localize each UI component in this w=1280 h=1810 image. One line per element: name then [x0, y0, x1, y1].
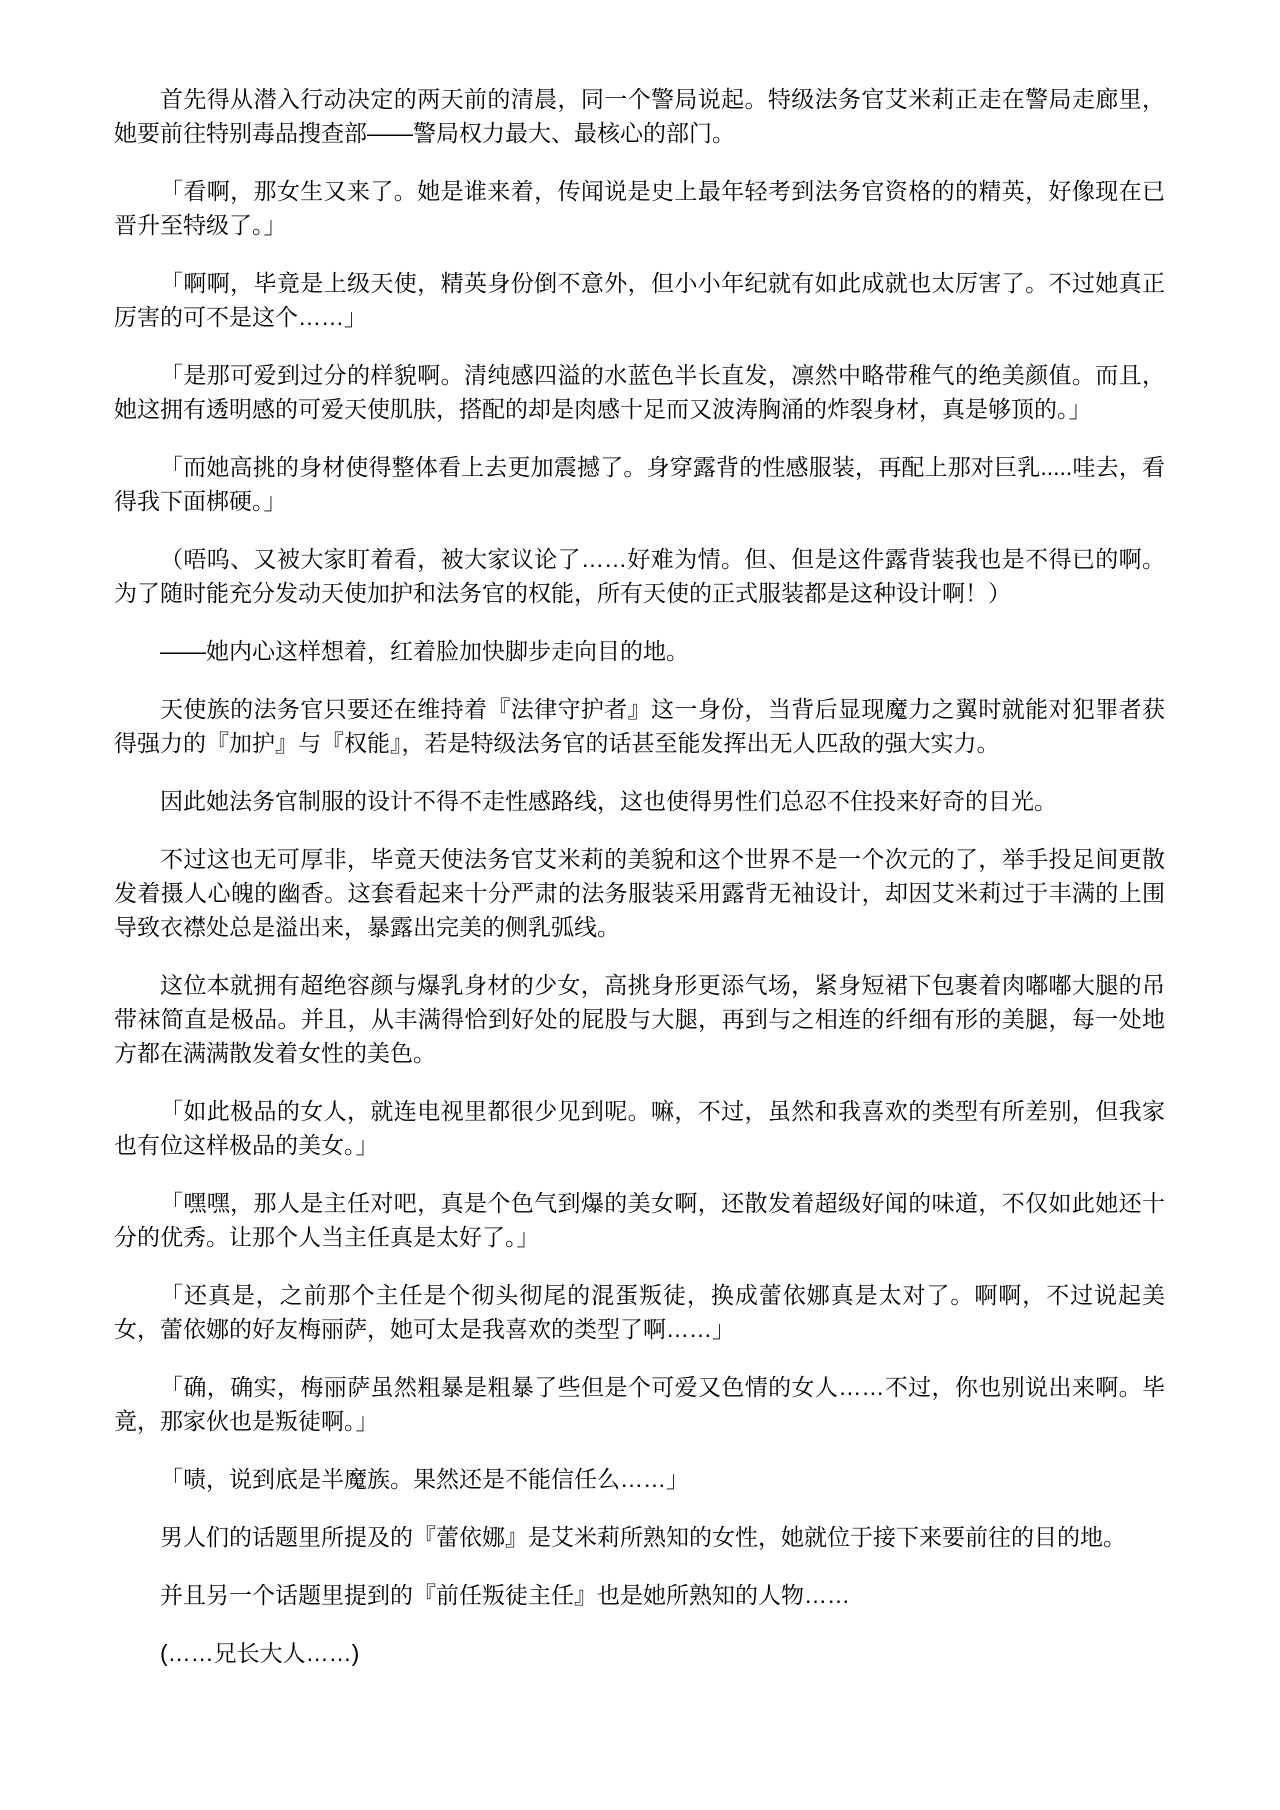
paragraph: 「如此极品的女人，就连电视里都很少见到呢。嘛，不过，虽然和我喜欢的类型有所差别，…	[114, 1094, 1165, 1162]
paragraph: 「确，确实，梅丽萨虽然粗暴是粗暴了些但是个可爱又色情的女人……不过，你也别说出来…	[114, 1370, 1165, 1438]
document-page: 首先得从潜入行动决定的两天前的清晨，同一个警局说起。特级法务官艾米莉正走在警局走…	[0, 0, 1280, 1810]
paragraph: 首先得从潜入行动决定的两天前的清晨，同一个警局说起。特级法务官艾米莉正走在警局走…	[114, 82, 1165, 150]
paragraph: 「看啊，那女生又来了。她是谁来着，传闻说是史上最年轻考到法务官资格的的精英，好像…	[114, 174, 1165, 242]
paragraph: 并且另一个话题里提到的『前任叛徒主任』也是她所熟知的人物……	[114, 1578, 1165, 1612]
novel-text-body: 首先得从潜入行动决定的两天前的清晨，同一个警局说起。特级法务官艾米莉正走在警局走…	[114, 82, 1165, 1670]
paragraph: 「啧，说到底是半魔族。果然还是不能信任么……」	[114, 1462, 1165, 1496]
paragraph: 「是那可爱到过分的样貌啊。清纯感四溢的水蓝色半长直发，凛然中略带稚气的绝美颜值。…	[114, 358, 1165, 426]
paragraph: 男人们的话题里所提及的『蕾依娜』是艾米莉所熟知的女性，她就位于接下来要前往的目的…	[114, 1520, 1165, 1554]
paragraph: （唔呜、又被大家盯着看，被大家议论了……好难为情。但、但是这件露背装我也是不得已…	[114, 542, 1165, 610]
paragraph: 天使族的法务官只要还在维持着『法律守护者』这一身份，当背后显现魔力之翼时就能对犯…	[114, 692, 1165, 760]
paragraph: 「啊啊，毕竟是上级天使，精英身份倒不意外，但小小年纪就有如此成就也太厉害了。不过…	[114, 266, 1165, 334]
paragraph: 「嘿嘿，那人是主任对吧，真是个色气到爆的美女啊，还散发着超级好闻的味道，不仅如此…	[114, 1186, 1165, 1254]
paragraph: (……兄长大人……)	[114, 1636, 1165, 1670]
paragraph: 这位本就拥有超绝容颜与爆乳身材的少女，高挑身形更添气场，紧身短裙下包裹着肉嘟嘟大…	[114, 968, 1165, 1070]
paragraph: 不过这也无可厚非，毕竟天使法务官艾米莉的美貌和这个世界不是一个次元的了，举手投足…	[114, 842, 1165, 944]
paragraph: 「而她高挑的身材使得整体看上去更加震撼了。身穿露背的性感服装，再配上那对巨乳..…	[114, 450, 1165, 518]
paragraph: ——她内心这样想着，红着脸加快脚步走向目的地。	[114, 634, 1165, 668]
paragraph: 因此她法务官制服的设计不得不走性感路线，这也使得男性们总忍不住投来好奇的目光。	[114, 784, 1165, 818]
paragraph: 「还真是，之前那个主任是个彻头彻尾的混蛋叛徒，换成蕾依娜真是太对了。啊啊，不过说…	[114, 1278, 1165, 1346]
